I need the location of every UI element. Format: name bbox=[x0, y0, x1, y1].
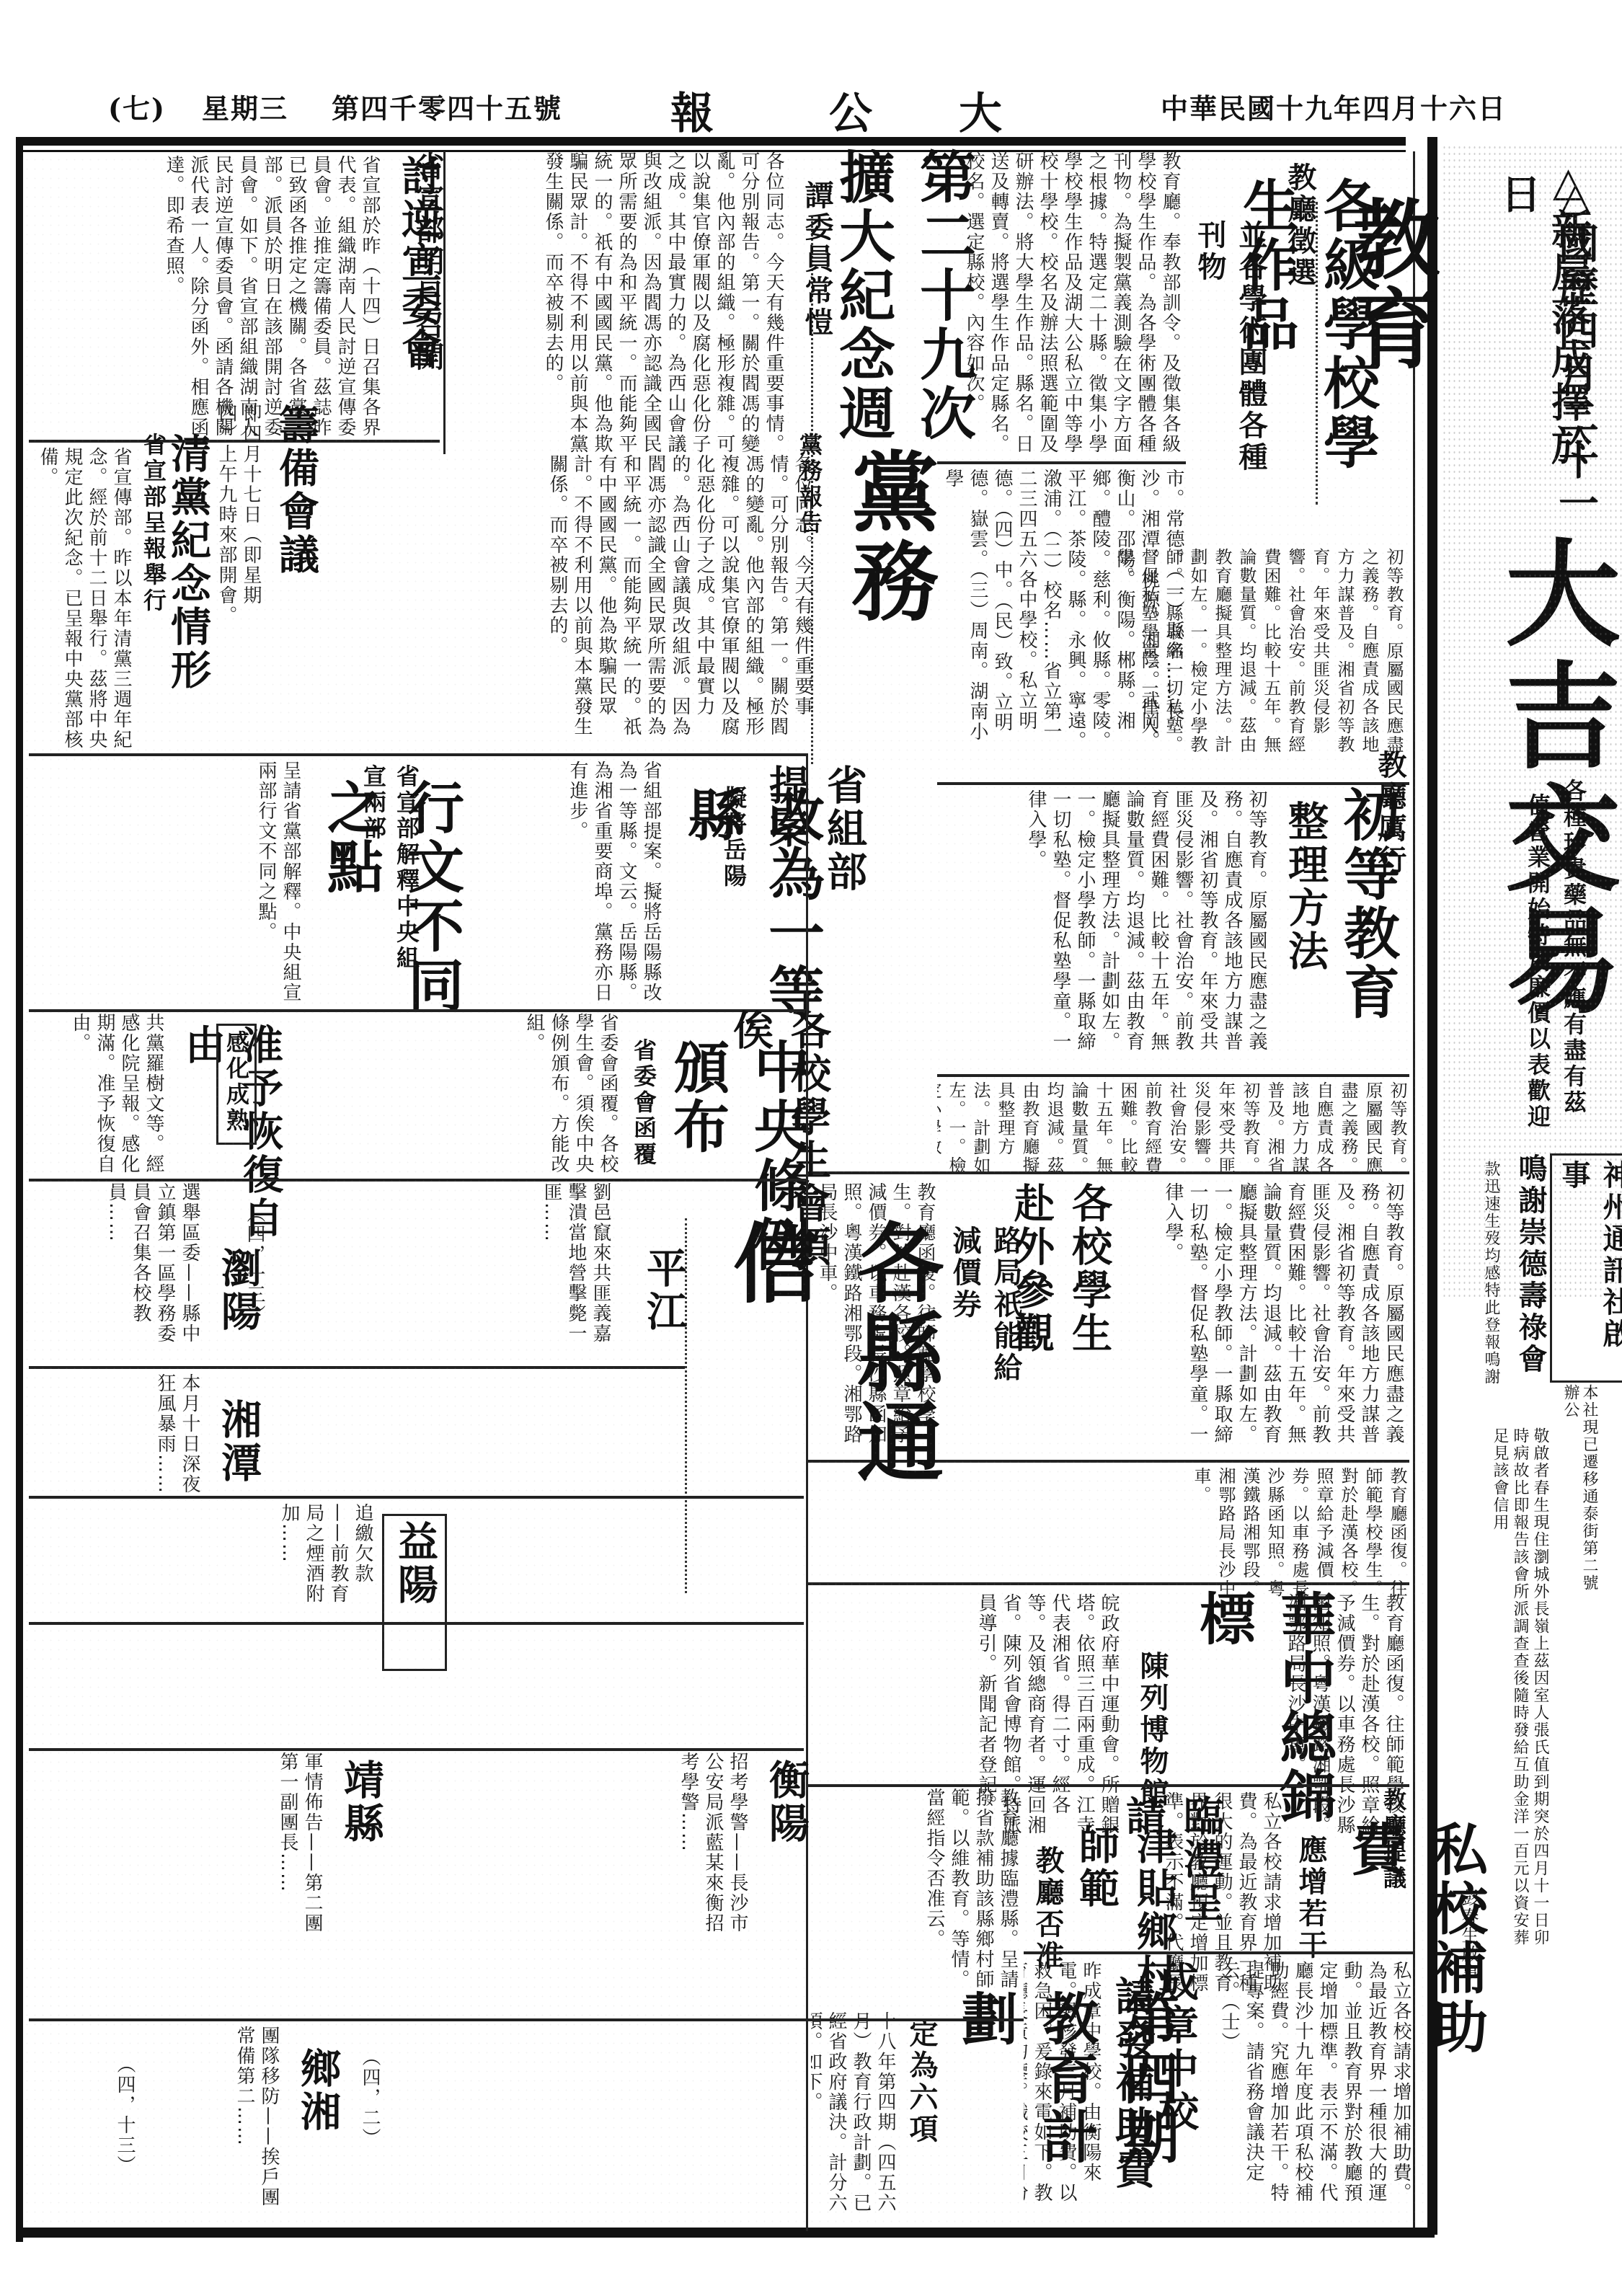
frame-bottom bbox=[22, 2228, 1435, 2238]
news-agency-notice-body: 本社現已遷移通泰街第二號辦公 bbox=[1561, 1384, 1598, 1600]
county-item-hengyang: 招考學警——長沙市公安局派藍某來衡招考學警…… bbox=[447, 1752, 750, 1946]
rule bbox=[937, 461, 1186, 464]
party-article2-subhead: 省宣部明日召開 bbox=[407, 151, 448, 440]
thanks-notice-sub: 款迅速生歿均感特此登報鳴謝 bbox=[1481, 1161, 1500, 1399]
news-agency-notice-title: 神州通訊社啟事 bbox=[1550, 1153, 1622, 1383]
edu-stats-body: 初等教育。原屬國民應盡之義務。自應責成各該地方力謀普及。湘省初等教育。年來受共匪… bbox=[937, 1081, 1409, 1182]
dateline: （四，二） bbox=[353, 2047, 382, 2191]
frame-left bbox=[16, 137, 23, 2242]
county-item-xiangxiang: 團隊移防——挨戶團常備第二…… bbox=[29, 2026, 281, 2220]
dateline: （四，十三） bbox=[108, 2055, 137, 2213]
newspaper-title-2: 公 bbox=[829, 79, 874, 141]
party-article4-subhead: 省宣部呈報舉行 bbox=[137, 433, 170, 634]
newspaper-title-1: 報 bbox=[670, 79, 715, 141]
masthead: (七) 星期三 第四千零四十五號 報 公 大 中華民國十九年四月十六日 bbox=[108, 87, 1442, 130]
county-item-education-bureau bbox=[29, 1629, 804, 1752]
edu-article5-body-cont: 私立各校請求增加補助費。為最近教育界一種很大的運動。並且教育界對於教廳預定增加標… bbox=[1168, 1961, 1413, 2220]
edu-article2-kicker: 教廳厲行 bbox=[1370, 750, 1411, 894]
rule bbox=[29, 1496, 804, 1499]
thanks-notice-title: 鳴謝崇德壽祿會 bbox=[1510, 1153, 1551, 1391]
edu-misc-body: 初等教育。原屬國民應盡之義務。自應責成各該地方力謀普及。湘省初等教育。年來受共匪… bbox=[937, 548, 1406, 771]
county-item-misc bbox=[267, 1373, 678, 1496]
party-article7-kicker: 省委會函覆 bbox=[627, 1038, 660, 1225]
county-place-hengyang: 衡陽 bbox=[757, 1759, 815, 1903]
rule bbox=[937, 782, 1409, 785]
edu-article2-subhead: 整理方法 bbox=[1276, 800, 1334, 1052]
masthead-rule-thick bbox=[22, 137, 1406, 146]
edu-article3-subhead: 路局祇能給減價券 bbox=[944, 1225, 1027, 1413]
county-item-pingjiang: 劉邑竄來共匪義嘉擊潰當地營擊斃一匪…… bbox=[267, 1182, 613, 1362]
edu-article7-body: 教育廳據臨澧縣。呈請撥省款補助該縣鄉村師範。以維教育。等情。當經指令否准云。 bbox=[811, 1788, 1020, 1997]
section-label-party-affairs: 黨務 bbox=[825, 447, 949, 663]
county-place-pingjiang: 平江 bbox=[634, 1247, 692, 1391]
edu-article1-subhead: 並各學術團體各種刊物 bbox=[1189, 220, 1272, 494]
rule bbox=[29, 1179, 807, 1182]
edu-supervision-body: 初等教育。原屬國民應盡之義務。自應責成各該地方力謀普及。湘省初等教育。年來受共匪… bbox=[1045, 1182, 1406, 1456]
rule bbox=[807, 1582, 1409, 1585]
party-article1-headline: 第二十九次擴大紀念週 bbox=[822, 148, 983, 451]
issue-number: 第四千零四十五號 bbox=[332, 87, 562, 126]
edu-article2-body: 初等教育。原屬國民應盡之義務。自應責成各該地方力謀普及。湘省初等教育。年來受共匪… bbox=[937, 789, 1269, 1063]
rule bbox=[29, 1366, 685, 1369]
rule bbox=[29, 2018, 1024, 2021]
party-article8-body: 共黨羅樹文等。經感化院呈報。感化期滿。准予恢復自由。 bbox=[29, 1013, 166, 1179]
rule bbox=[29, 1748, 804, 1751]
county-item-jingxian: 軍情佈告——第二團第一副團長…… bbox=[29, 1752, 324, 1946]
party-article8-kicker: 感化成熟 bbox=[216, 1024, 257, 1145]
rule bbox=[807, 1171, 1409, 1174]
newspaper-title-3: 大 bbox=[959, 79, 1003, 141]
page-number: (七) bbox=[108, 87, 166, 126]
county-item-misc-2 bbox=[346, 2026, 1016, 2220]
party-article6-subhead: 省宣部解釋中央組宣兩部 bbox=[357, 764, 423, 980]
issue-date: 中華民國十九年四月十六日 bbox=[1161, 87, 1507, 126]
rule bbox=[29, 1009, 807, 1012]
party-article5-body-cont bbox=[706, 937, 807, 1009]
party-article2-body: 省宣部於昨（十四）日召集各界代表。組織湖南人民討逆宣傳委員會。並推定籌備委員。茲… bbox=[29, 155, 382, 443]
rule bbox=[29, 1622, 804, 1625]
weekday: 星期三 bbox=[202, 87, 288, 126]
county-place-xiangxiang: 鄉湘 bbox=[288, 2047, 346, 2206]
rule bbox=[1024, 1951, 1413, 1954]
party-article6-body: 呈請省黨部解釋。中央組宣兩部行文不同之點。 bbox=[29, 761, 303, 1006]
party-article3-headline: 籌備會議 bbox=[267, 404, 324, 598]
dateline: （四，一三） bbox=[231, 1204, 267, 1348]
county-item-xiangtan: 本月十日深夜狂風暴雨…… bbox=[29, 1373, 202, 1496]
party-article1-body: 各位同志。今天有幾件重要事情。可分別報告。第一。關於閻馮的變亂。他內部的組織。極… bbox=[447, 151, 786, 454]
county-place-jingxian: 靖縣 bbox=[332, 1759, 389, 1903]
rule bbox=[29, 753, 807, 756]
party-article1-speaker: 譚委員常愷 bbox=[797, 180, 838, 440]
print-texture bbox=[1442, 144, 1622, 1298]
party-article4-body: 省宣傳部。昨以本年清黨三週年紀念。經於前十二日舉行。茲將中央規定此次紀念。已呈報… bbox=[29, 447, 133, 750]
rule bbox=[807, 1784, 1409, 1787]
edu-article5-misc: 教廳提議 bbox=[1377, 1788, 1410, 1932]
county-item-storm bbox=[447, 1503, 800, 1622]
county-item-liuyang: 選舉區委——縣中立鎮第一區學務委員會召集各校教員…… bbox=[29, 1182, 202, 1362]
county-item-yiyang: 追繳欠款——前教育局之煙酒附加…… bbox=[29, 1503, 375, 1622]
party-article3-body: 即四月十七日（即星期四）上午九時來部開會。共策進行。為荷。此致云云。（試） bbox=[216, 404, 263, 627]
party-article7-body: 省委會函覆。各校學生會。須俟中央條例頒布。方能改組。 bbox=[260, 1013, 620, 1179]
rule bbox=[937, 1074, 1409, 1077]
